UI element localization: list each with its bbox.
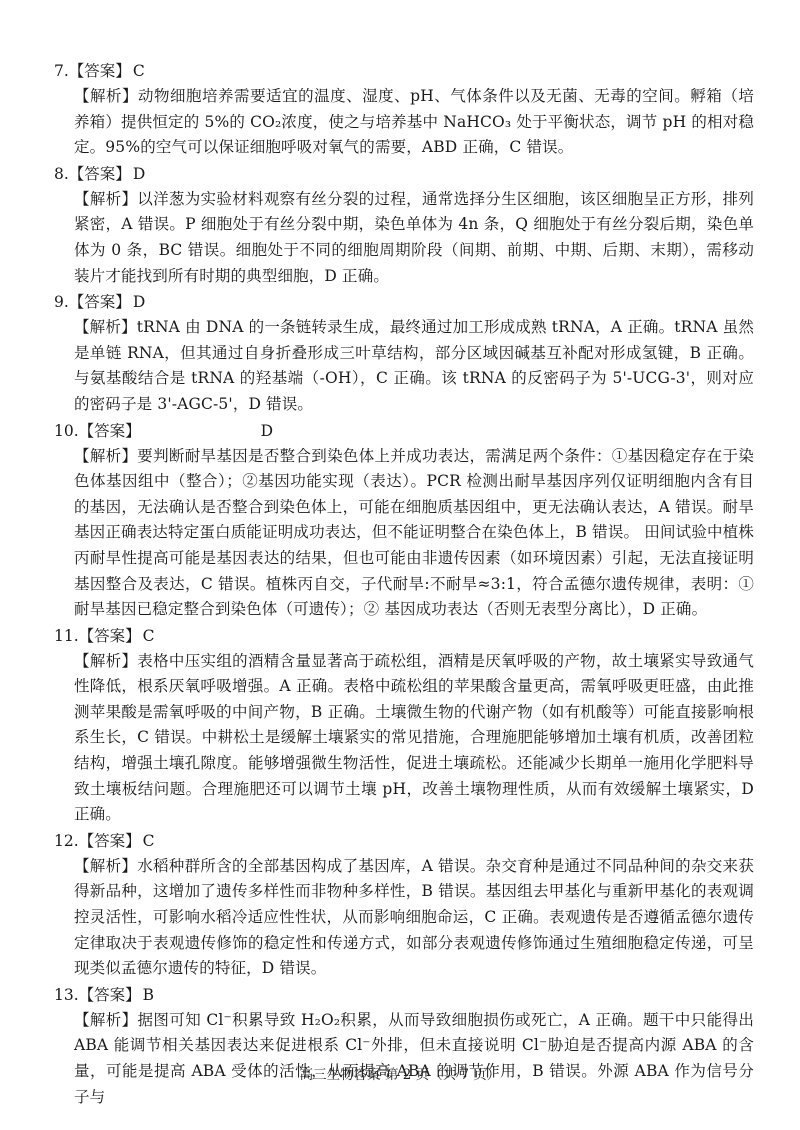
explanation-text: 【解析】tRNA 由 DNA 的一条链转录生成，最终通过加工形成成熟 tRNA，…	[54, 315, 754, 417]
question-12: 12.【答案】C 【解析】水稻种群所含的全部基因构成了基因库，A 错误。杂交育种…	[54, 828, 754, 982]
question-7: 7.【答案】C 【解析】动物细胞培养需要适宜的温度、湿度、pH、气体条件以及无菌…	[54, 58, 754, 161]
answer-label: 【答案】	[79, 986, 141, 1004]
answer-line: 9.【答案】D	[54, 289, 754, 315]
explanation-text: 【解析】以洋葱为实验材料观察有丝分裂的过程，通常选择分生区细胞，该区细胞呈正方形…	[54, 187, 754, 289]
answer-value: D	[261, 422, 273, 440]
explanation-text: 【解析】水稻种群所含的全部基因构成了基因库，A 错误。杂交育种是通过不同品种间的…	[54, 854, 754, 982]
question-13: 13.【答案】B 【解析】据图可知 Cl⁻积累导致 H₂O₂积累，从而导致细胞损…	[54, 982, 754, 1110]
answer-label: 【答案】	[79, 832, 141, 850]
answer-label: 【答案】	[69, 62, 131, 80]
answer-label: 【答案】	[79, 422, 141, 440]
question-9: 9.【答案】D 【解析】tRNA 由 DNA 的一条链转录生成，最终通过加工形成…	[54, 289, 754, 417]
answer-page: 7.【答案】C 【解析】动物细胞培养需要适宜的温度、湿度、pH、气体条件以及无菌…	[0, 0, 800, 1130]
answer-value: B	[143, 986, 154, 1004]
answer-line: 8.【答案】D	[54, 161, 754, 187]
answer-content: 7.【答案】C 【解析】动物细胞培养需要适宜的温度、湿度、pH、气体条件以及无菌…	[54, 58, 754, 1110]
question-number: 11.	[54, 623, 79, 649]
question-number: 10.	[54, 418, 79, 444]
answer-line: 7.【答案】C	[54, 58, 754, 84]
answer-line: 11.【答案】C	[54, 623, 754, 649]
answer-value: D	[133, 293, 145, 311]
question-number: 13.	[54, 982, 79, 1008]
page-footer: 高三生物答案 第 2 页（共 7 页）	[0, 1063, 800, 1083]
answer-label: 【答案】	[69, 165, 131, 183]
question-number: 12.	[54, 828, 79, 854]
explanation-text: 【解析】动物细胞培养需要适宜的温度、湿度、pH、气体条件以及无菌、无毒的空间。孵…	[54, 84, 754, 161]
answer-value: C	[143, 832, 155, 850]
answer-label: 【答案】	[79, 627, 141, 645]
answer-line: 10.【答案】D	[54, 418, 754, 444]
question-number: 9.	[54, 289, 69, 315]
explanation-text: 【解析】据图可知 Cl⁻积累导致 H₂O₂积累，从而导致细胞损伤或死亡，A 正确…	[54, 1008, 754, 1110]
answer-label: 【答案】	[69, 293, 131, 311]
explanation-text: 【解析】要判断耐旱基因是否整合到染色体上并成功表达，需满足两个条件：①基因稳定存…	[54, 444, 754, 623]
explanation-text: 【解析】表格中压实组的酒精含量显著高于疏松组，酒精是厌氧呼吸的产物，故土壤紧实导…	[54, 649, 754, 828]
question-number: 8.	[54, 161, 69, 187]
answer-value: D	[133, 165, 145, 183]
answer-value: C	[133, 62, 145, 80]
answer-value: C	[143, 627, 155, 645]
question-8: 8.【答案】D 【解析】以洋葱为实验材料观察有丝分裂的过程，通常选择分生区细胞，…	[54, 161, 754, 289]
question-11: 11.【答案】C 【解析】表格中压实组的酒精含量显著高于疏松组，酒精是厌氧呼吸的…	[54, 623, 754, 828]
answer-line: 12.【答案】C	[54, 828, 754, 854]
answer-line: 13.【答案】B	[54, 982, 754, 1008]
question-number: 7.	[54, 58, 69, 84]
question-10: 10.【答案】D 【解析】要判断耐旱基因是否整合到染色体上并成功表达，需满足两个…	[54, 418, 754, 623]
